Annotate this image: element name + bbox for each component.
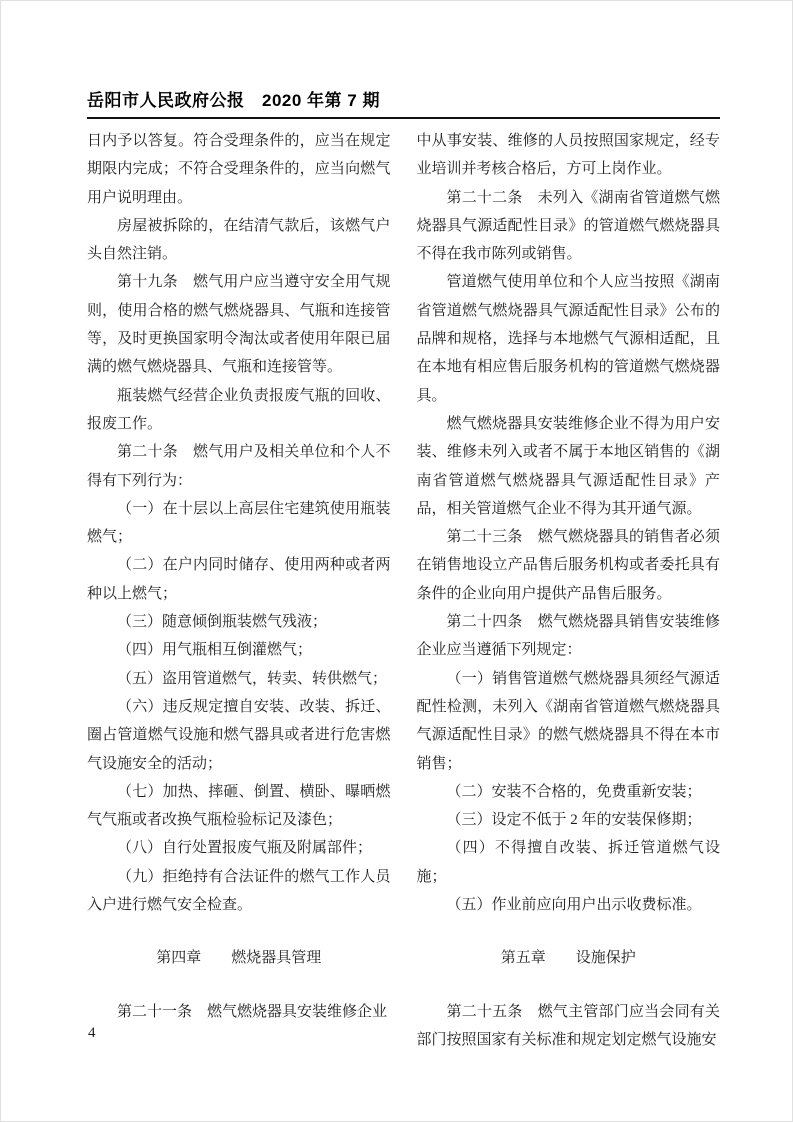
paragraph: 第十九条 燃气用户应当遵守安全用气规则，使用合格的燃气燃烧器具、气瓶和连接管等，… bbox=[87, 268, 391, 381]
paragraph: 第二十四条 燃气燃烧器具销售安装维修企业应当遵循下列规定： bbox=[417, 608, 721, 665]
paragraph: （七）加热、摔砸、倒置、横卧、曝晒燃气气瓶或者改换气瓶检验标记及漆色； bbox=[87, 778, 391, 835]
paragraph: 燃气燃烧器具安装维修企业不得为用户安装、维修未列入或者不属于本地区销售的《湖南省… bbox=[417, 410, 721, 523]
paragraph: 第二十三条 燃气燃烧器具的销售者必须在销售地设立产品售后服务机构或者委托具有条件… bbox=[417, 523, 721, 608]
paragraph: 第二十条 燃气用户及相关单位和个人不得有下列行为： bbox=[87, 438, 391, 495]
gazette-page: 岳阳市人民政府公报 2020 年第 7 期 日内予以答复。符合受理条件的，应当在… bbox=[0, 0, 793, 1122]
paragraph: （四）用气瓶相互倒灌燃气； bbox=[87, 636, 391, 664]
chapter-heading: 第五章 设施保护 bbox=[417, 944, 721, 972]
paragraph: （四）不得擅自改装、拆迁管道燃气设施； bbox=[417, 834, 721, 891]
paragraph: （二）在户内同时储存、使用两种或者两种以上燃气； bbox=[87, 551, 391, 608]
chapter-heading: 第四章 燃烧器具管理 bbox=[87, 944, 391, 972]
paragraph: 房屋被拆除的，在结清气款后，该燃气户头自然注销。 bbox=[87, 212, 391, 269]
paragraph: （五）盗用管道燃气，转卖、转供燃气； bbox=[87, 665, 391, 693]
paragraph: （三）设定不低于 2 年的安装保修期； bbox=[417, 806, 721, 834]
document-body: 日内予以答复。符合受理条件的，应当在规定期限内完成；不符合受理条件的，应当向燃气… bbox=[87, 127, 720, 1054]
paragraph: （一）在十层以上高层住宅建筑使用瓶装燃气； bbox=[87, 495, 391, 552]
page-header: 岳阳市人民政府公报 2020 年第 7 期 bbox=[87, 91, 720, 119]
left-column: 日内予以答复。符合受理条件的，应当在规定期限内完成；不符合受理条件的，应当向燃气… bbox=[87, 127, 391, 1054]
paragraph: （二）安装不合格的，免费重新安装； bbox=[417, 778, 721, 806]
paragraph: （九）拒绝持有合法证件的燃气工作人员入户进行燃气安全检查。 bbox=[87, 863, 391, 920]
paragraph: 中从事安装、维修的人员按照国家规定，经专业培训并考核合格后，方可上岗作业。 bbox=[417, 127, 721, 184]
paragraph: （一）销售管道燃气燃烧器具须经气源适配性检测，未列入《湖南省管道燃气燃烧器具气源… bbox=[417, 665, 721, 778]
gazette-title: 岳阳市人民政府公报 2020 年第 7 期 bbox=[87, 91, 720, 111]
paragraph: （三）随意倾倒瓶装燃气残液； bbox=[87, 608, 391, 636]
paragraph: 第二十五条 燃气主管部门应当会同有关部门按照国家有关标准和规定划定燃气设施安 bbox=[417, 998, 721, 1055]
page-number: 4 bbox=[88, 1025, 96, 1042]
paragraph: 管道燃气使用单位和个人应当按照《湖南省管道燃气燃烧器具气源适配性目录》公布的品牌… bbox=[417, 268, 721, 409]
paragraph: 日内予以答复。符合受理条件的，应当在规定期限内完成；不符合受理条件的，应当向燃气… bbox=[87, 127, 391, 212]
right-column: 中从事安装、维修的人员按照国家规定，经专业培训并考核合格后，方可上岗作业。第二十… bbox=[417, 127, 721, 1054]
paragraph: （六）违反规定擅自安装、改装、拆迁、圈占管道燃气设施和燃气器具或者进行危害燃气设… bbox=[87, 693, 391, 778]
paragraph: 第二十二条 未列入《湖南省管道燃气燃烧器具气源适配性目录》的管道燃气燃烧器具不得… bbox=[417, 184, 721, 269]
paragraph: （八）自行处置报废气瓶及附属部件； bbox=[87, 834, 391, 862]
paragraph: 第二十一条 燃气燃烧器具安装维修企业 bbox=[87, 998, 391, 1026]
paragraph: 瓶装燃气经营企业负责报废气瓶的回收、报废工作。 bbox=[87, 382, 391, 439]
header-rule bbox=[87, 117, 720, 119]
paragraph: （五）作业前应向用户出示收费标准。 bbox=[417, 891, 721, 919]
